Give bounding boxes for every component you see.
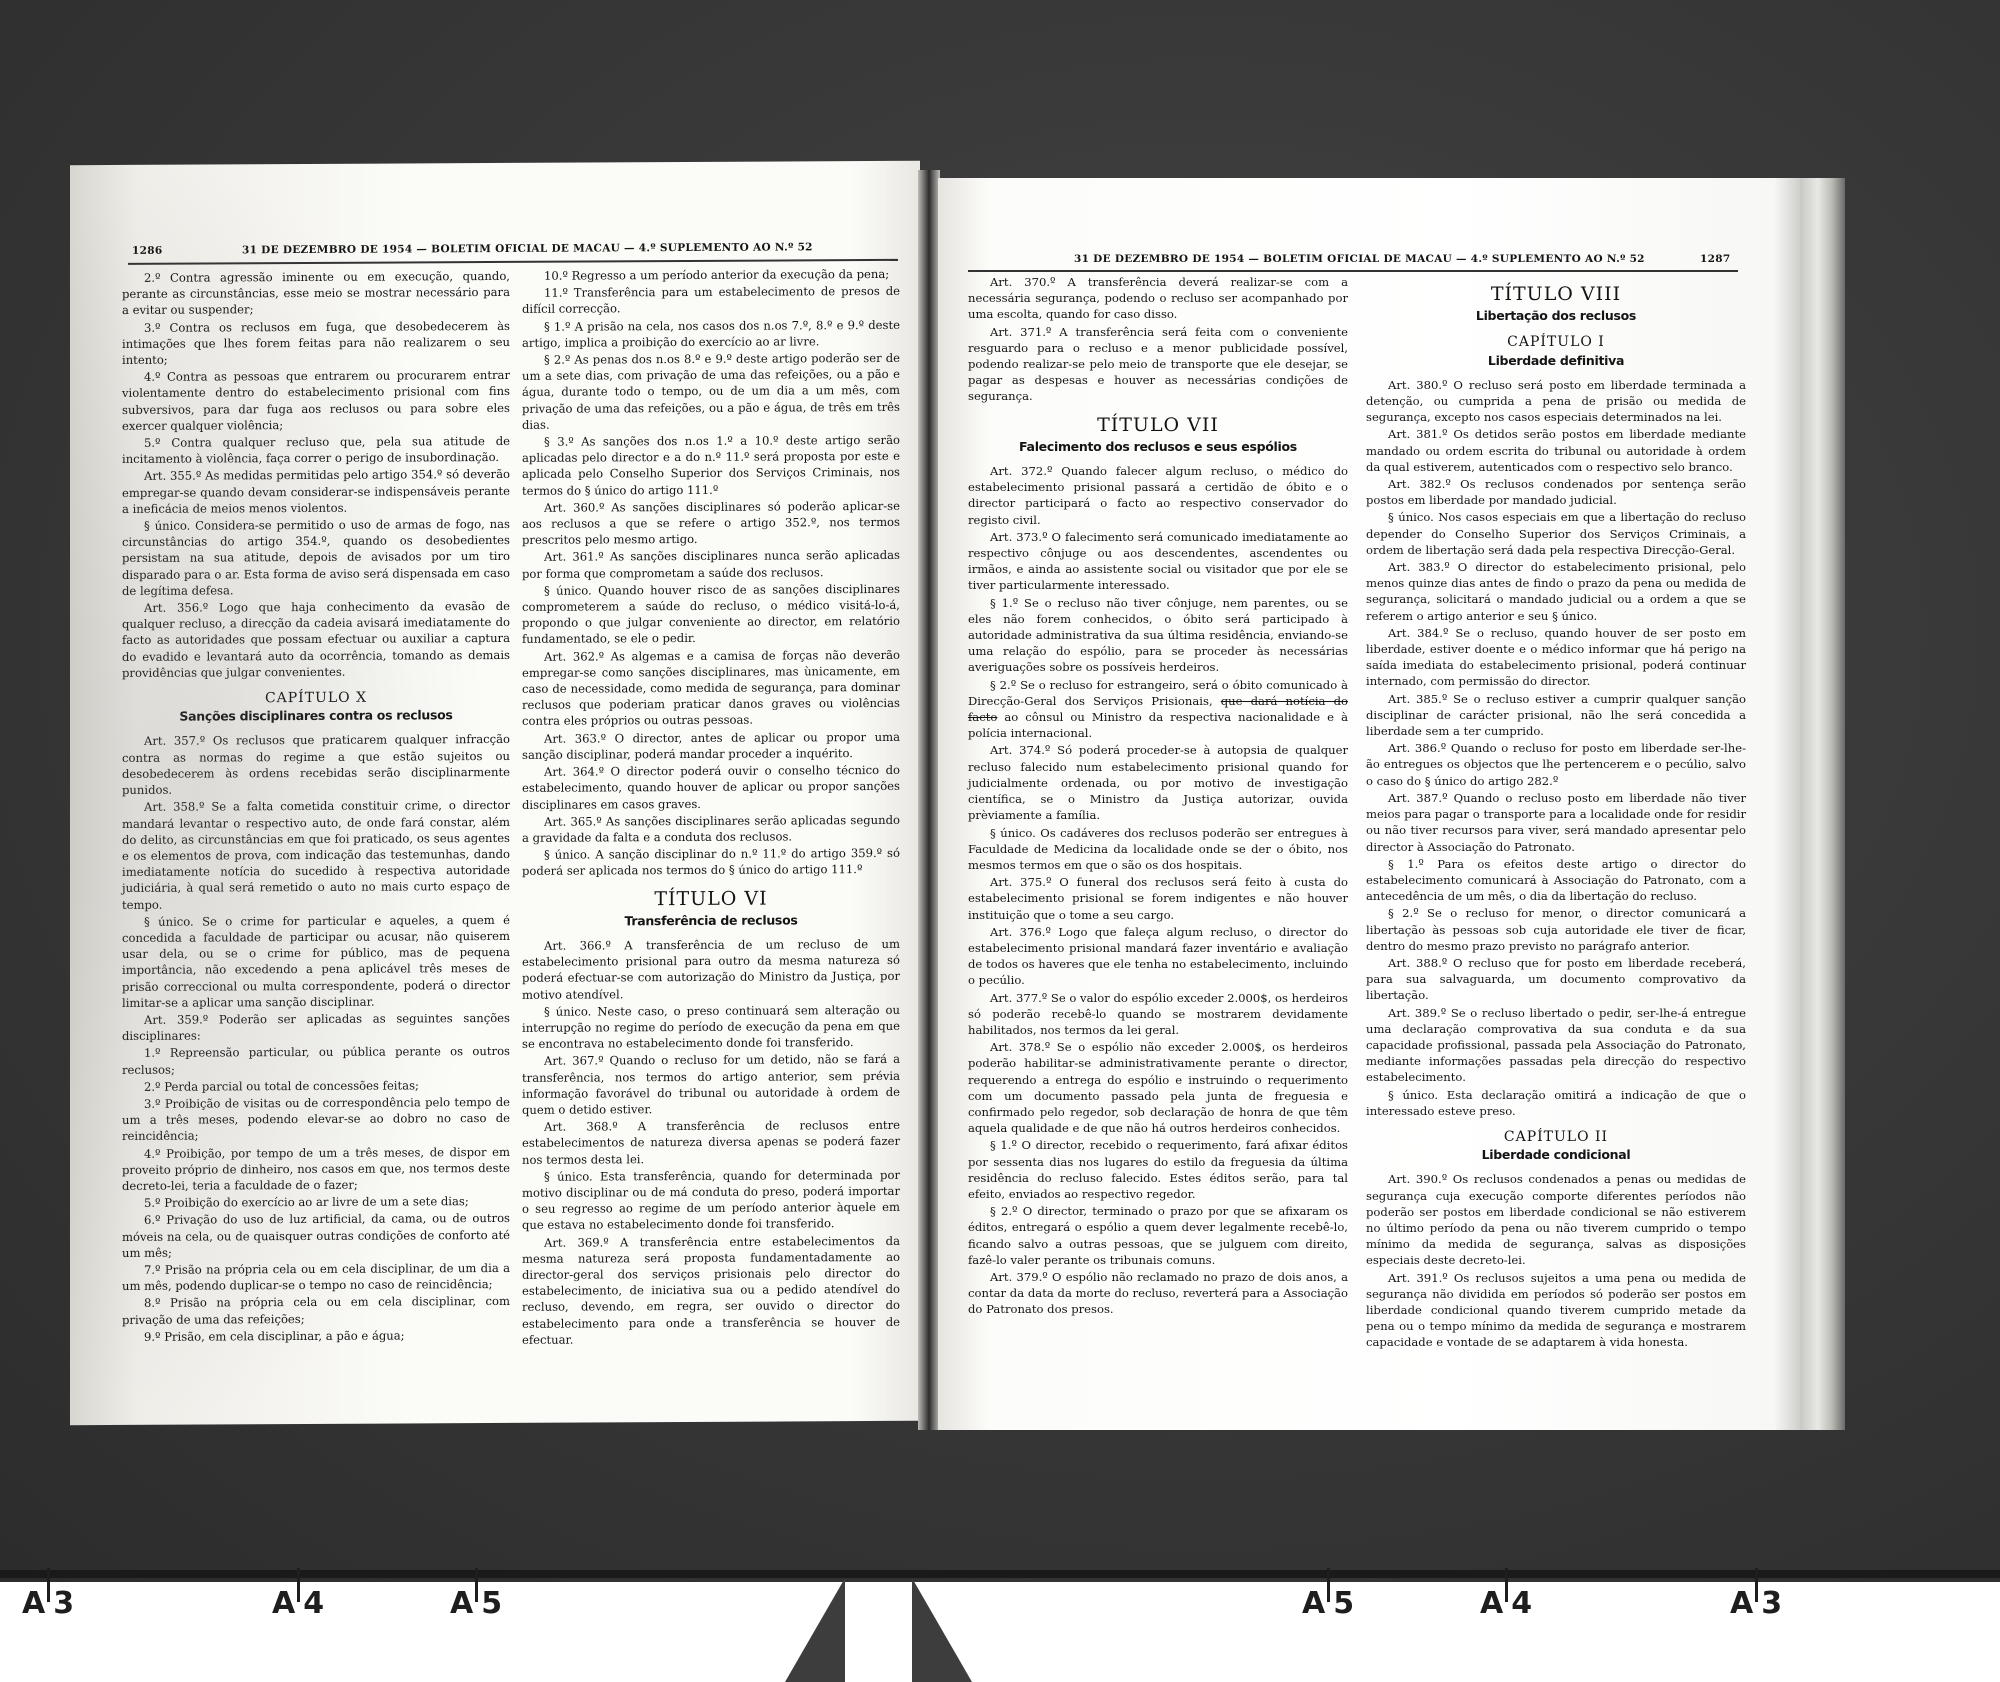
section-subtitle: Falecimento dos reclusos e seus espólios [968,439,1348,455]
section-subtitle: Libertação dos reclusos [1366,308,1746,324]
paragraph: 5.º Contra qualquer recluso que, pela su… [122,433,510,467]
paragraph: Art. 360.º As sanções disciplinares só p… [522,498,900,549]
paragraph: Art. 374.º Só poderá proceder-se à autop… [968,742,1348,823]
paragraph: Art. 365.º As sanções disciplinares serã… [522,812,900,846]
paragraph: Art. 378.º Se o espólio não exceder 2.00… [968,1039,1348,1136]
paragraph: 5.º Proibição do exercício ao ar livre d… [122,1193,510,1211]
paragraph: § 1.º O director, recebido o requeriment… [968,1137,1348,1202]
paragraph: Art. 381.º Os detidos serão postos em li… [1366,426,1746,475]
running-head-left: 31 DE DEZEMBRO DE 1954 — BOLETIM OFICIAL… [242,241,813,256]
paragraph: 1.º Repreensão particular, ou pública pe… [122,1043,510,1077]
center-triangle-left-icon [785,1578,845,1682]
struck-text: que dará notícia do facto [968,694,1348,724]
marker-tick [1755,1568,1758,1602]
paragraph: Art. 377.º Se o valor do espólio exceder… [968,990,1348,1039]
running-head-right: 31 DE DEZEMBRO DE 1954 — BOLETIM OFICIAL… [1074,253,1645,265]
paragraph: Art. 384.º Se o recluso, quando houver d… [1366,625,1746,690]
center-triangle-right-icon [912,1578,972,1682]
paragraph: 7.º Prisão na própria cela ou em cela di… [122,1260,510,1294]
paragraph: Art. 391.º Os reclusos sujeitos a uma pe… [1366,1270,1746,1351]
paragraph: Art. 361.º As sanções disciplinares nunc… [522,547,900,581]
paragraph: Art. 358.º Se a falta cometida constitui… [122,797,510,912]
paragraph: Art. 383.º O director do estabelecimento… [1366,559,1746,624]
paragraph: Art. 363.º O director, antes de aplicar … [522,729,900,763]
marker-label: A5 [1302,1586,1353,1621]
paragraph: 2.º Contra agressão iminente ou em execu… [122,268,510,319]
paragraph: § único. Esta transferência, quando for … [522,1167,900,1234]
paragraph: Art. 390.º Os reclusos condenados a pena… [1366,1171,1746,1268]
section-title: TÍTULO VIII [1366,286,1746,302]
header-rule [968,270,1738,272]
paragraph: Art. 385.º Se o recluso estiver a cumpri… [1366,691,1746,740]
paragraph: § único. Nos casos especiais em que a li… [1366,509,1746,558]
page-number-right: 1287 [1700,253,1730,265]
book-gutter [918,170,940,1430]
paragraph: Art. 375.º O funeral dos reclusos será f… [968,874,1348,923]
paragraph: Art. 387.º Quando o recluso posto em lib… [1366,790,1746,855]
film-marker: A5 [1302,1586,1353,1621]
paragraph: 4.º Contra as pessoas que entrarem ou pr… [122,367,510,434]
marker-label: A3 [22,1586,73,1621]
paragraph: Art. 368.º A transferência de reclusos e… [522,1117,900,1168]
film-marker: A4 [272,1586,323,1621]
right-page: 31 DE DEZEMBRO DE 1954 — BOLETIM OFICIAL… [938,178,1800,1430]
film-marker: A4 [1480,1586,1531,1621]
paragraph: Art. 382.º Os reclusos condenados por se… [1366,476,1746,508]
paragraph: 8.º Prisão na própria cela ou em cela di… [122,1293,510,1327]
marker-label: A3 [1730,1586,1781,1621]
paragraph: Art. 356.º Logo que haja conhecimento da… [122,598,510,681]
section-title: CAPÍTULO I [1366,334,1746,350]
paragraph: § 2.º As penas dos n.os 8.º e 9.º deste … [522,350,900,433]
paragraph: § único. Quando houver risco de as sançõ… [522,581,900,648]
section-title: TÍTULO VI [522,889,900,907]
paragraph: § único. A sanção disciplinar do n.º 11.… [522,845,900,879]
paragraph: Art. 373.º O falecimento será comunicado… [968,529,1348,594]
left-page-column-2: 10.º Regresso a um período anterior da e… [522,266,900,1349]
marker-label: A5 [450,1586,501,1621]
marker-tick [1505,1568,1508,1602]
section-title: CAPÍTULO X [122,689,510,707]
page-number-left: 1286 [132,245,162,257]
header-rule [128,259,898,265]
film-marker: A5 [450,1586,501,1621]
film-marker: A3 [22,1586,73,1621]
paragraph: Art. 386.º Quando o recluso for posto em… [1366,740,1746,789]
paragraph: 2.º Perda parcial ou total de concessões… [122,1077,510,1095]
paragraph: § 2.º Se o recluso for menor, o director… [1366,905,1746,954]
section-subtitle: Liberdade definitiva [1366,353,1746,369]
marker-label: A4 [1480,1586,1531,1621]
marker-tick [297,1568,300,1602]
paragraph: Art. 380.º O recluso será posto em liber… [1366,377,1746,426]
paragraph: 6.º Privação do uso de luz artificial, d… [122,1210,510,1261]
paragraph: 9.º Prisão, em cela disciplinar, a pão e… [122,1327,510,1345]
marker-label: A4 [272,1586,323,1621]
paragraph: Art. 366.º A transferência de um recluso… [522,936,900,1003]
paragraph: Art. 379.º O espólio não reclamado no pr… [968,1269,1348,1318]
paragraph: Art. 364.º O director poderá ouvir o con… [522,762,900,813]
paragraph: 4.º Proibição, por tempo de um a três me… [122,1143,510,1194]
paragraph: 3.º Proibição de visitas ou de correspon… [122,1094,510,1145]
right-page-column-2: TÍTULO VIIILibertação dos reclusosCAPÍTU… [1366,274,1746,1352]
marker-tick [1327,1568,1330,1602]
section-subtitle: Transferência de reclusos [522,912,900,930]
paragraph: Art. 376.º Logo que faleça algum recluso… [968,924,1348,989]
paragraph: § único. Os cadáveres dos reclusos poder… [968,825,1348,874]
paragraph: § único. Neste caso, o preso continuará … [522,1002,900,1053]
paragraph: Art. 371.º A transferência será feita co… [968,324,1348,405]
paragraph: Art. 389.º Se o recluso libertado o pedi… [1366,1005,1746,1086]
marker-tick [475,1568,478,1602]
paragraph: 3.º Contra os reclusos em fuga, que deso… [122,318,510,369]
paragraph: Art. 355.º As medidas permitidas pelo ar… [122,466,510,517]
right-page-column-1: Art. 370.º A transferência deverá realiz… [968,274,1348,1319]
paragraph: § 1.º A prisão na cela, nos casos dos n.… [522,316,900,350]
page-edge-binding [1800,178,1845,1430]
marker-tick [47,1568,50,1602]
paragraph: § único. Considera-se permitido o uso de… [122,516,510,599]
paragraph: 11.º Transferência para um estabelecimen… [522,283,900,317]
paragraph: 10.º Regresso a um período anterior da e… [522,266,900,284]
section-title: TÍTULO VII [968,417,1348,433]
paragraph: Art. 359.º Poderão ser aplicadas as segu… [122,1010,510,1044]
paragraph: § 2.º O director, terminado o prazo por … [968,1203,1348,1268]
paragraph: § 1.º Se o recluso não tiver cônjuge, ne… [968,595,1348,676]
film-marker: A3 [1730,1586,1781,1621]
paragraph: § 3.º As sanções dos n.os 1.º a 10.º des… [522,432,900,499]
paragraph: § único. Esta declaração omitirá a indic… [1366,1087,1746,1119]
paragraph: § 1.º Para os efeitos deste artigo o dir… [1366,856,1746,905]
section-subtitle: Liberdade condicional [1366,1147,1746,1163]
left-page: 1286 31 DE DEZEMBRO DE 1954 — BOLETIM OF… [70,161,920,1425]
paragraph: Art. 370.º A transferência deverá realiz… [968,274,1348,323]
paragraph: Art. 372.º Quando falecer algum recluso,… [968,463,1348,528]
paragraph: Art. 367.º Quando o recluso for um detid… [522,1051,900,1118]
left-page-column-1: 2.º Contra agressão iminente ou em execu… [122,268,510,1346]
paragraph: § 2.º Se o recluso for estrangeiro, será… [968,677,1348,742]
paragraph: Art. 362.º As algemas e a camisa de forç… [522,647,900,730]
paragraph: Art. 388.º O recluso que for posto em li… [1366,955,1746,1004]
paragraph: Art. 369.º A transferência entre estabel… [522,1232,900,1347]
section-title: CAPÍTULO II [1366,1129,1746,1145]
paragraph: Art. 357.º Os reclusos que praticarem qu… [122,731,510,798]
section-subtitle: Sanções disciplinares contra os reclusos [122,707,510,725]
paragraph: § único. Se o crime for particular e aqu… [122,912,510,1011]
